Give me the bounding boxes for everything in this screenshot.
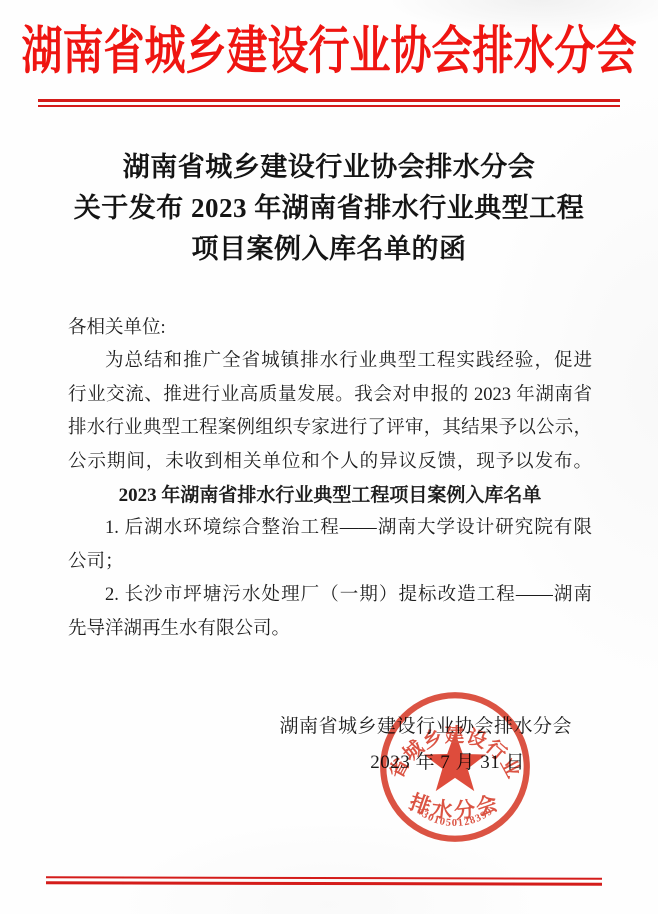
footer-divider-line	[46, 876, 602, 885]
document-title-line2: 关于发布 2023 年湖南省排水行业典型工程	[0, 188, 658, 229]
salutation: 各相关单位:	[68, 312, 592, 345]
letterhead-divider-line	[38, 99, 620, 107]
official-seal: 湖南省城乡建设行业协会 排水分会 4301050128399	[377, 688, 533, 846]
list-item-2-line2: 先导洋湖再生水有限公司。	[68, 613, 592, 646]
document-title-line1: 湖南省城乡建设行业协会排水分会	[0, 147, 658, 188]
letter-body: 各相关单位: 为总结和推广全省城镇排水行业典型工程实践经验，促进 行业交流、推进…	[68, 312, 592, 646]
paragraph-line: 为总结和推广全省城镇排水行业典型工程实践经验，促进	[68, 345, 592, 378]
document-title: 湖南省城乡建设行业协会排水分会 关于发布 2023 年湖南省排水行业典型工程 项…	[0, 147, 658, 270]
list-heading: 2023 年湖南省排水行业典型工程项目案例入库名单	[68, 479, 592, 512]
list-item-1-line1: 1. 后湖水环境综合整治工程——湖南大学设计研究院有限	[68, 512, 592, 545]
paragraph-line: 排水行业典型工程案例组织专家进行了评审，其结果予以公示，	[68, 412, 592, 445]
document-title-line3: 项目案例入库名单的函	[0, 229, 658, 270]
list-item-2-line1: 2. 长沙市坪塘污水处理厂（一期）提标改造工程——湖南	[68, 579, 592, 612]
paragraph-line: 行业交流、推进行业高质量发展。我会对申报的 2023 年湖南省	[68, 379, 592, 412]
list-item-1-line2: 公司；	[68, 546, 592, 579]
paragraph-line: 公示期间，未收到相关单位和个人的异议反馈，现予以发布。	[68, 446, 592, 479]
scanned-letter-page: 湖南省城乡建设行业协会排水分会 湖南省城乡建设行业协会排水分会 关于发布 202…	[0, 0, 658, 914]
letterhead-org-name: 湖南省城乡建设行业协会排水分会	[0, 3, 658, 99]
